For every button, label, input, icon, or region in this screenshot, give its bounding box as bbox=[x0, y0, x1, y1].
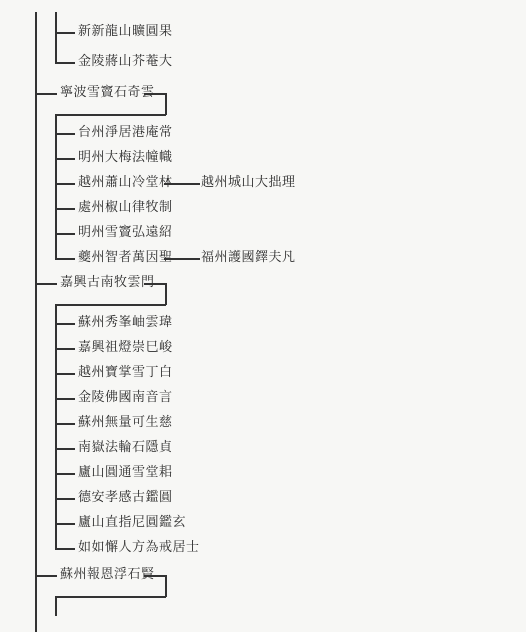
connector bbox=[55, 114, 166, 116]
lineage-node: 處州椒山律牧制 bbox=[78, 200, 173, 216]
connector bbox=[144, 283, 166, 285]
connector bbox=[55, 473, 75, 475]
connector bbox=[35, 93, 57, 95]
lineage-successor-node: 越州城山大拙理 bbox=[201, 175, 296, 191]
connector bbox=[55, 32, 75, 34]
branch-line-top bbox=[55, 12, 57, 63]
lineage-node: 廬山直指尼圓鑑玄 bbox=[78, 515, 186, 531]
lineage-node: 蘇州無量可生慈 bbox=[78, 415, 173, 431]
lineage-parent-node: 嘉興古南牧雲門 bbox=[60, 275, 155, 291]
connector bbox=[55, 423, 75, 425]
lineage-node: 金陵佛國南音言 bbox=[78, 390, 173, 406]
lineage-node: 如如懈人方為戒居士 bbox=[78, 540, 200, 556]
connector bbox=[164, 258, 200, 260]
connector bbox=[35, 283, 57, 285]
connector bbox=[55, 62, 75, 64]
branch-line bbox=[55, 596, 57, 616]
connector bbox=[55, 548, 75, 550]
connector bbox=[55, 523, 75, 525]
lineage-node: 明州雪竇弘遠紹 bbox=[78, 225, 173, 241]
connector bbox=[164, 183, 200, 185]
lineage-node: 金陵蔣山芥菴大 bbox=[78, 54, 173, 70]
main-trunk-line bbox=[35, 12, 37, 632]
branch-line bbox=[55, 304, 57, 548]
connector bbox=[55, 498, 75, 500]
connector bbox=[55, 304, 166, 306]
branch-line bbox=[55, 114, 57, 259]
connector bbox=[55, 233, 75, 235]
connector bbox=[55, 596, 166, 598]
connector bbox=[144, 93, 166, 95]
connector bbox=[55, 158, 75, 160]
connector bbox=[55, 348, 75, 350]
lineage-node: 廬山圓通雪堂耜 bbox=[78, 465, 173, 481]
connector bbox=[55, 373, 75, 375]
lineage-node: 夔州智者萬因聖 bbox=[78, 250, 173, 266]
connector bbox=[165, 575, 167, 597]
connector bbox=[55, 183, 75, 185]
connector bbox=[55, 133, 75, 135]
lineage-parent-node: 蘇州報恩浮石賢 bbox=[60, 567, 155, 583]
lineage-node: 新新龍山曠圓果 bbox=[78, 24, 173, 40]
connector bbox=[35, 575, 57, 577]
lineage-node: 明州大梅法幢幟 bbox=[78, 150, 173, 166]
lineage-node: 越州寶掌雪丁白 bbox=[78, 365, 173, 381]
lineage-parent-node: 寧波雪竇石奇雲 bbox=[60, 85, 155, 101]
connector bbox=[55, 208, 75, 210]
connector bbox=[55, 448, 75, 450]
lineage-node: 嘉興祖燈崇巳峻 bbox=[78, 340, 173, 356]
connector bbox=[165, 93, 167, 115]
lineage-node: 南嶽法輪石隱貞 bbox=[78, 440, 173, 456]
connector bbox=[165, 283, 167, 305]
lineage-node: 蘇州秀峯岫雲瑋 bbox=[78, 315, 173, 331]
connector bbox=[55, 258, 75, 260]
connector bbox=[55, 398, 75, 400]
lineage-node: 台州淨居港庵常 bbox=[78, 125, 173, 141]
connector bbox=[55, 323, 75, 325]
lineage-successor-node: 福州護國鐸夫凡 bbox=[201, 250, 296, 266]
lineage-node: 越州蕭山冷堂林 bbox=[78, 175, 173, 191]
lineage-node: 德安孝感古鑑圓 bbox=[78, 490, 173, 506]
connector bbox=[144, 575, 166, 577]
